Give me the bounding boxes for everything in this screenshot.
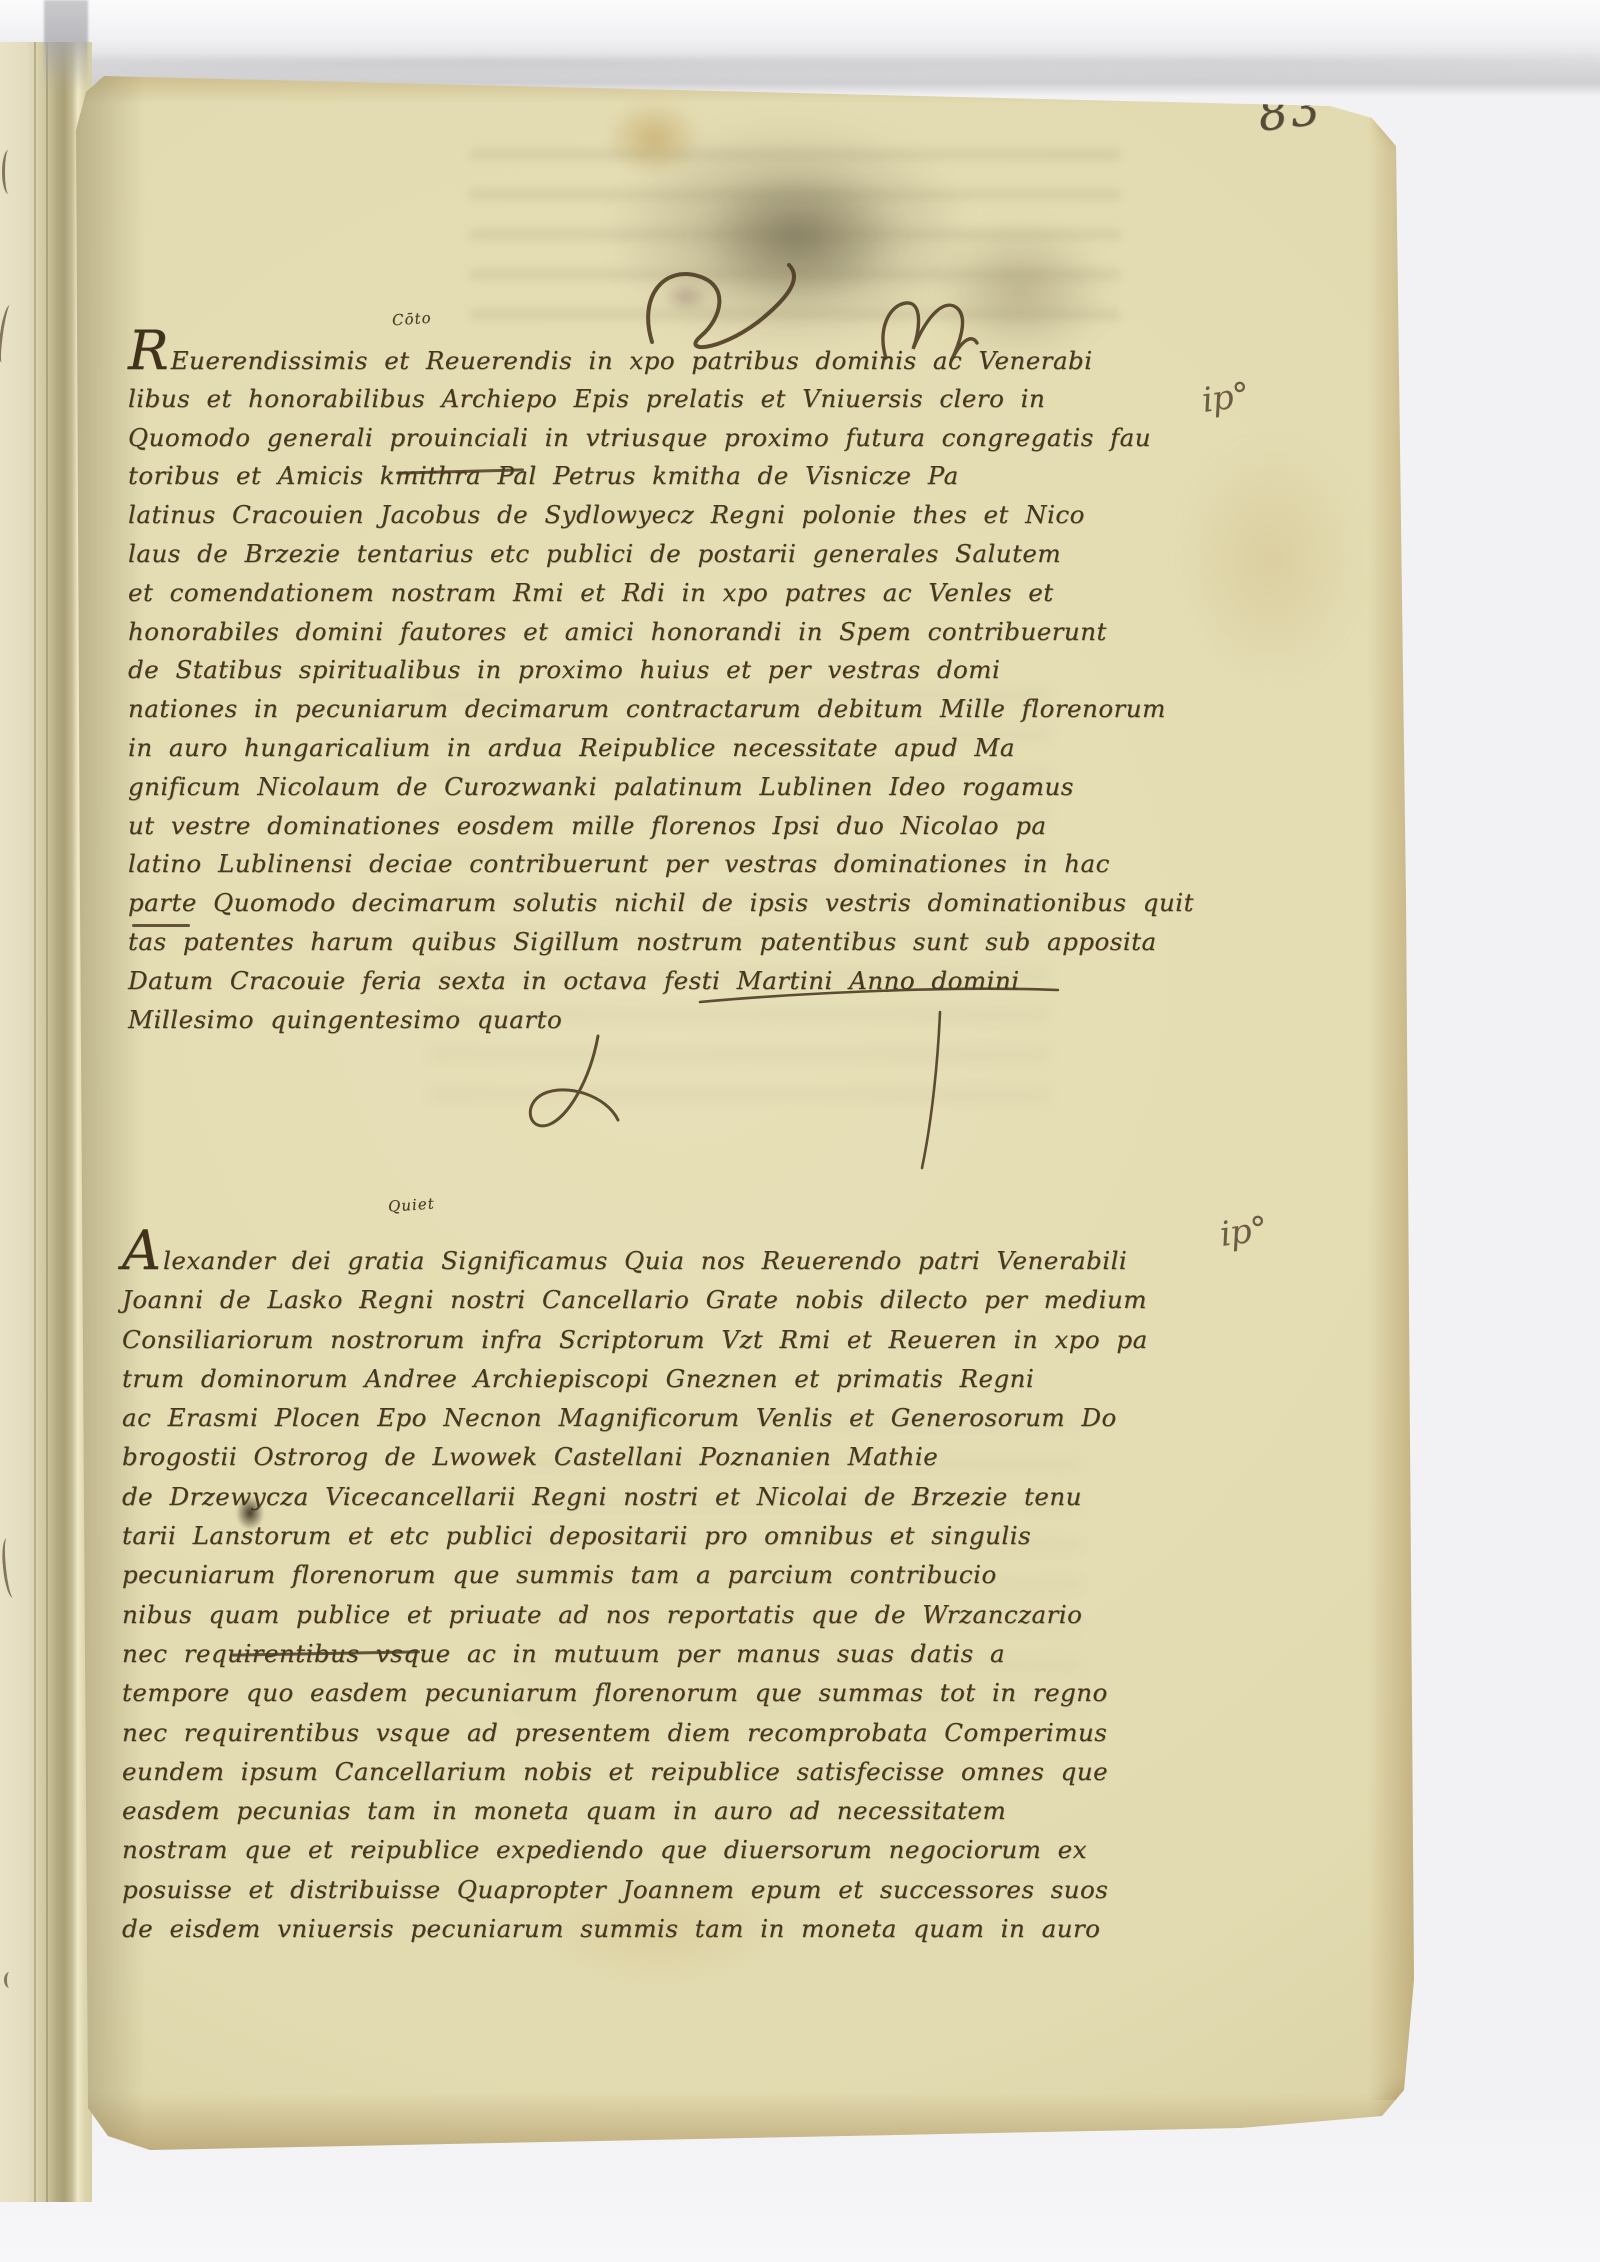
text-line: nec requirentibus vsque ad presentem die…: [122, 1713, 1082, 1752]
text-line: tempore quo easdem pecuniarum florenorum…: [122, 1673, 1082, 1712]
text-line: Joanni de Lasko Regni nostri Cancellario…: [122, 1280, 1082, 1319]
manuscript-entry-2: Alexander dei gratia Significamus Quia n…: [122, 1241, 1082, 1948]
text-line: ut vestre dominationes eosdem mille flor…: [128, 807, 1078, 846]
text-line: REuerendissimis et Reuerendis in xpo pat…: [128, 341, 1078, 380]
text-line: de Drzewycza Vicecancellarii Regni nostr…: [122, 1477, 1082, 1516]
text-line: pecuniarum florenorum que summis tam a p…: [122, 1555, 1082, 1594]
manuscript-entry-1: REuerendissimis et Reuerendis in xpo pat…: [128, 341, 1078, 1039]
text-line: Datum Cracouie feria sexta in octava fes…: [128, 962, 1078, 1001]
text-line: nibus quam publice et priuate ad nos rep…: [122, 1595, 1082, 1634]
text-line: Alexander dei gratia Significamus Quia n…: [122, 1241, 1082, 1280]
text-line: nationes in pecuniarum decimarum contrac…: [128, 690, 1078, 729]
text-line: easdem pecunias tam in moneta quam in au…: [122, 1791, 1082, 1830]
text-line: Consiliariorum nostrorum infra Scriptoru…: [122, 1320, 1082, 1359]
text-line: in auro hungaricalium in ardua Reipublic…: [128, 729, 1078, 768]
stain: [700, 168, 900, 308]
stray-ink-mark: [2, 150, 15, 194]
text-line: et comendationem nostram Rmi et Rdi in x…: [128, 574, 1078, 613]
overline-mark: [132, 924, 190, 927]
text-line: nostram que et reipublice expediendo que…: [122, 1830, 1082, 1869]
margin-mark: ip°: [1199, 375, 1251, 421]
text-line: de eisdem vniuersis pecuniarum summis ta…: [122, 1909, 1082, 1948]
entry1-heading-note: Cōto: [391, 309, 432, 330]
text-line: Millesimo quingentesimo quarto: [128, 1001, 1078, 1040]
stray-ink-mark: [4, 1972, 15, 1988]
text-line: honorabiles domini fautores et amici hon…: [128, 613, 1078, 652]
margin-mark: ip°: [1217, 1209, 1269, 1255]
stain: [664, 282, 708, 312]
text-line: ac Erasmi Plocen Epo Necnon Magnificorum…: [122, 1398, 1082, 1437]
stain: [610, 120, 970, 350]
stain: [606, 100, 702, 176]
text-line: brogostii Ostrorog de Lwowek Castellani …: [122, 1437, 1082, 1476]
text-line: gnificum Nicolaum de Curozwanki palatinu…: [128, 768, 1078, 807]
text-line: eundem ipsum Cancellarium nobis et reipu…: [122, 1752, 1082, 1791]
stain: [1180, 440, 1360, 680]
text-line: parte Quomodo decimarum solutis nichil d…: [128, 884, 1078, 923]
text-line: latinus Cracouien Jacobus de Sydlowyecz …: [128, 496, 1078, 535]
text-line: Quomodo generali prouinciali in vtriusqu…: [128, 419, 1078, 458]
text-line: libus et honorabilibus Archiepo Epis pre…: [128, 380, 1078, 419]
text-line: tas patentes harum quibus Sigillum nostr…: [128, 923, 1078, 962]
text-line: trum dominorum Andree Archiepiscopi Gnez…: [122, 1359, 1082, 1398]
stain: [930, 220, 1110, 360]
page-edge-browning-right: [1368, 100, 1416, 2100]
entry2-heading-note: Quiet: [387, 1194, 435, 1215]
text-line: latino Lublinensi deciae contribuerunt p…: [128, 845, 1078, 884]
text-line: posuisse et distribuisse Quapropter Joan…: [122, 1870, 1082, 1909]
text-line: laus de Brzezie tentarius etc publici de…: [128, 535, 1078, 574]
gutter-top-shadow: [44, 0, 88, 92]
ink-showthrough: [470, 150, 1120, 350]
text-line: de Statibus spiritualibus in proximo hui…: [128, 651, 1078, 690]
text-line: toribus et Amicis kmithra Pal Petrus kmi…: [128, 457, 1078, 496]
text-line: tarii Lanstorum et etc publici depositar…: [122, 1516, 1082, 1555]
manuscript-page: 83 Cōto Quiet ip° ip° REuerendissimis et…: [0, 0, 1600, 2262]
